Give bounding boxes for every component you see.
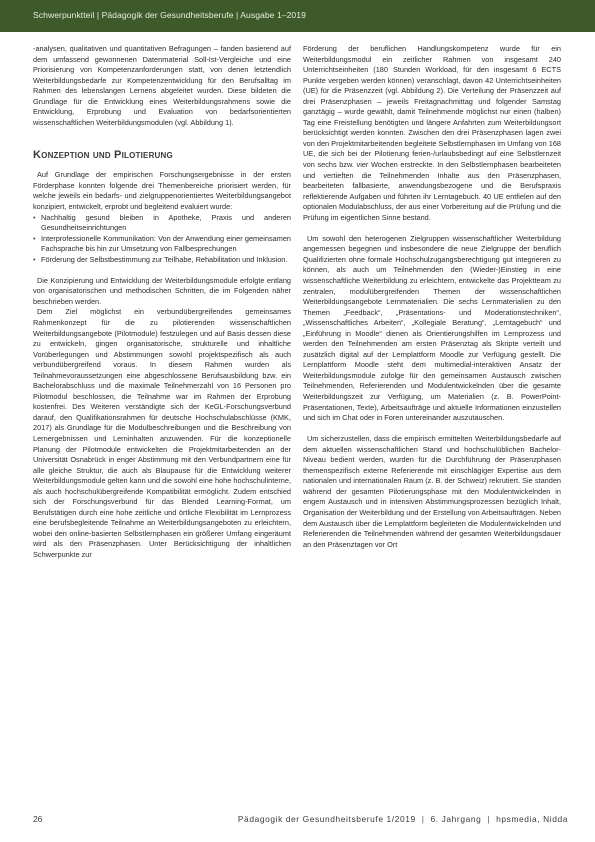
footer-publication-info: Pädagogik der Gesundheitsberufe 1/2019|6… [238,814,568,824]
paragraph-zeitrahmen: Förderung der beruflichen Handlungskompe… [303,44,561,223]
themenbereiche-list: Nachhaltig gesund bleiben in Apotheke, P… [33,213,291,266]
footer-publisher: hpsmedia, Nidda [496,814,568,824]
page-footer: 26 Pädagogik der Gesundheitsberufe 1/201… [0,808,595,828]
page-number: 26 [33,814,42,824]
left-column: -analysen, qualitativen und quantitative… [33,44,291,561]
paragraph-rahmenkonzept: Dem Ziel möglichst ein verbundübergreife… [33,307,291,560]
footer-separator: | [422,814,425,824]
right-column: Förderung der beruflichen Handlungskompe… [303,44,561,550]
paragraph-referierende: Um sicherzustellen, dass die empirisch e… [303,434,561,550]
paragraph-konzipierung: Die Konzipierung und Entwicklung der Wei… [33,276,291,308]
paragraph-intro-continuation: -analysen, qualitativen und quantitative… [33,44,291,128]
list-item: Förderung der Selbstbestimmung zur Teilh… [33,255,291,266]
footer-volume: 6. Jahrgang [431,814,482,824]
section-heading-konzeption: Konzeption und Pilotierung [33,149,291,162]
footer-separator: | [487,814,490,824]
list-item: Nachhaltig gesund bleiben in Apotheke, P… [33,213,291,234]
running-header-bar: Schwerpunktteil | Pädagogik der Gesundhe… [0,0,595,32]
paragraph-lernmaterialien: Um sowohl den heterogenen Zielgruppen wi… [303,234,561,424]
footer-journal: Pädagogik der Gesundheitsberufe 1/2019 [238,814,416,824]
paragraph-themenbereiche: Auf Grundlage der empirischen Forschungs… [33,170,291,212]
running-header-title: Schwerpunktteil | Pädagogik der Gesundhe… [33,10,306,20]
list-item: Interprofessionelle Kommunikation: Von d… [33,234,291,255]
